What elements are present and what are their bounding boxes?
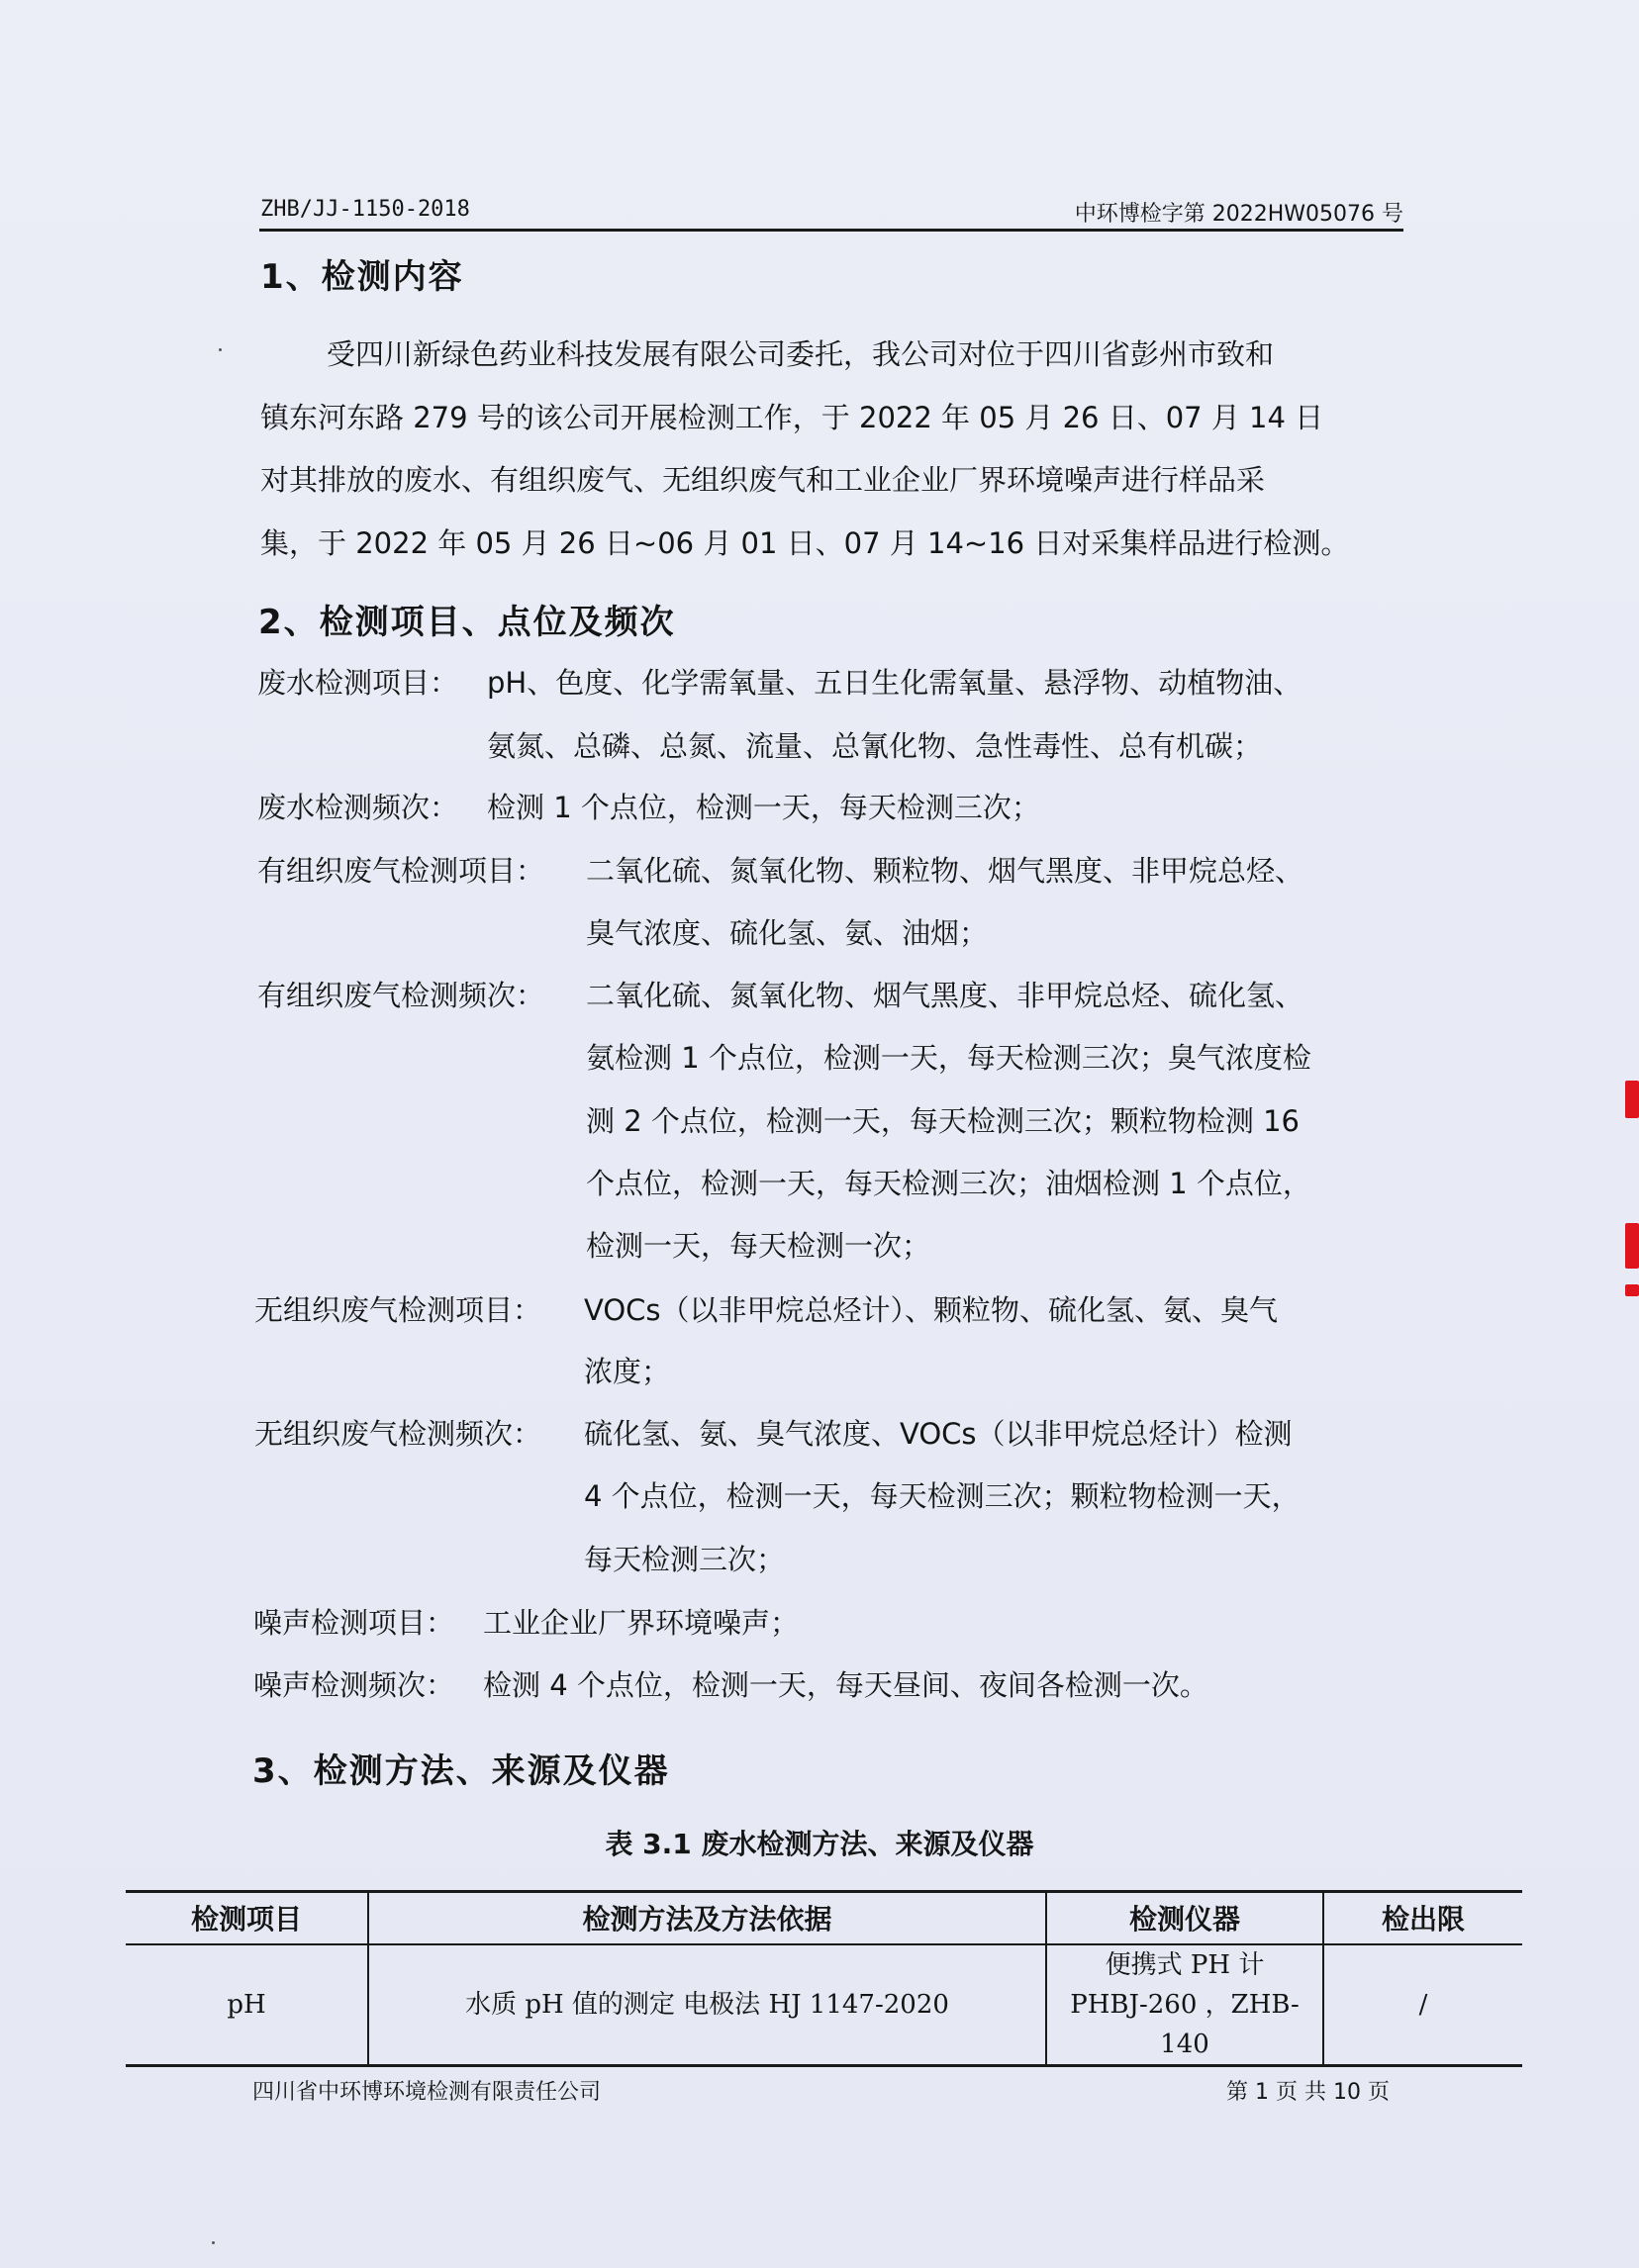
item-value: 检测 1 个点位，检测一天，每天检测三次； <box>487 786 1040 826</box>
item-label: 噪声检测项目： <box>253 1601 454 1642</box>
item-value: 检测 4 个点位，检测一天，每天昼间、夜间各检测一次。 <box>483 1663 1208 1704</box>
item-label: 废水检测项目： <box>257 661 458 702</box>
item-value: 测 2 个点位，检测一天，每天检测三次；颗粒物检测 16 <box>586 1099 1300 1140</box>
item-value: 个点位，检测一天，每天检测三次；油烟检测 1 个点位， <box>586 1162 1311 1202</box>
item-value: 浓度； <box>584 1350 670 1390</box>
item-label: 无组织废气检测项目： <box>254 1288 541 1329</box>
item-value: 工业企业厂界环境噪声； <box>483 1601 799 1642</box>
item-value: 臭气浓度、硫化氢、氨、油烟； <box>586 911 988 952</box>
section-3-title: 3、检测方法、来源及仪器 <box>252 1744 670 1792</box>
header-rule <box>259 229 1403 232</box>
item-label: 无组织废气检测频次： <box>254 1412 541 1453</box>
item-value: pH、色度、化学需氧量、五日生化需氧量、悬浮物、动植物油、 <box>487 661 1302 702</box>
footer-company: 四川省中环博环境检测有限责任公司 <box>252 2075 601 2106</box>
instrument-name: 便携式 PH 计 <box>1047 1945 1322 1985</box>
header-instrument: 检测仪器 <box>1046 1892 1323 1944</box>
table-header-row: 检测项目 检测方法及方法依据 检测仪器 检出限 <box>126 1892 1522 1944</box>
seal-stamp-fragment <box>1625 1284 1639 1296</box>
table-caption: 表 3.1 废水检测方法、来源及仪器 <box>0 1823 1639 1862</box>
paragraph-line: 受四川新绿色药业科技发展有限公司委托，我公司对位于四川省彭州市致和 <box>327 332 1274 373</box>
instrument-ids: PHBJ-260 ，ZHB-140 <box>1047 1985 1322 2064</box>
item-value: VOCs（以非甲烷总烃计）、颗粒物、硫化氢、氨、臭气 <box>584 1288 1278 1329</box>
item-value: 每天检测三次； <box>584 1538 785 1578</box>
header-item: 检测项目 <box>126 1892 368 1944</box>
item-label: 废水检测频次： <box>257 786 458 826</box>
document-code: ZHB/JJ-1150-2018 <box>260 197 470 222</box>
report-number: 中环博检字第 2022HW05076 号 <box>1075 197 1403 228</box>
footer-page-number: 第 1 页 共 10 页 <box>1226 2075 1390 2106</box>
cell-detection-limit: / <box>1323 1944 1522 2066</box>
cell-method: 水质 pH 值的测定 电极法 HJ 1147-2020 <box>368 1944 1046 2066</box>
item-value: 4 个点位，检测一天，每天检测三次；颗粒物检测一天， <box>584 1474 1301 1515</box>
section-1-title: 1、检测内容 <box>260 249 464 298</box>
cell-item: pH <box>126 1944 368 2066</box>
wastewater-methods-table: 检测项目 检测方法及方法依据 检测仪器 检出限 pH 水质 pH 值的测定 电极… <box>126 1890 1522 2067</box>
cell-instrument: 便携式 PH 计 PHBJ-260 ，ZHB-140 <box>1046 1944 1323 2066</box>
header-method: 检测方法及方法依据 <box>368 1892 1046 1944</box>
item-value: 二氧化硫、氮氧化物、颗粒物、烟气黑度、非甲烷总烃、 <box>586 849 1303 890</box>
item-label: 有组织废气检测频次： <box>257 974 544 1014</box>
item-label: 噪声检测频次： <box>253 1663 454 1704</box>
seal-stamp-fragment <box>1625 1223 1639 1269</box>
header-detection-limit: 检出限 <box>1323 1892 1522 1944</box>
section-2-title: 2、检测项目、点位及频次 <box>258 595 676 643</box>
paragraph-line: 对其排放的废水、有组织废气、无组织废气和工业企业厂界环境噪声进行样品采 <box>260 458 1265 499</box>
item-value: 氨氮、总磷、总氮、流量、总氰化物、急性毒性、总有机碳； <box>487 724 1262 765</box>
table-row: pH 水质 pH 值的测定 电极法 HJ 1147-2020 便携式 PH 计 … <box>126 1944 1522 2066</box>
paragraph-line: 镇东河东路 279 号的该公司开展检测工作，于 2022 年 05 月 26 日… <box>260 396 1323 436</box>
scan-speck <box>212 2241 215 2244</box>
paragraph-line: 集，于 2022 年 05 月 26 日~06 月 01 日、07 月 14~1… <box>260 521 1349 562</box>
item-value: 硫化氢、氨、臭气浓度、VOCs（以非甲烷总烃计）检测 <box>584 1412 1293 1453</box>
item-value: 二氧化硫、氮氧化物、烟气黑度、非甲烷总烃、硫化氢、 <box>586 974 1303 1014</box>
scan-speck <box>219 348 222 351</box>
item-label: 有组织废气检测项目： <box>257 849 544 890</box>
item-value: 氨检测 1 个点位，检测一天，每天检测三次；臭气浓度检 <box>586 1036 1311 1077</box>
seal-stamp-fragment <box>1625 1081 1639 1118</box>
item-value: 检测一天，每天检测一次； <box>586 1224 930 1265</box>
